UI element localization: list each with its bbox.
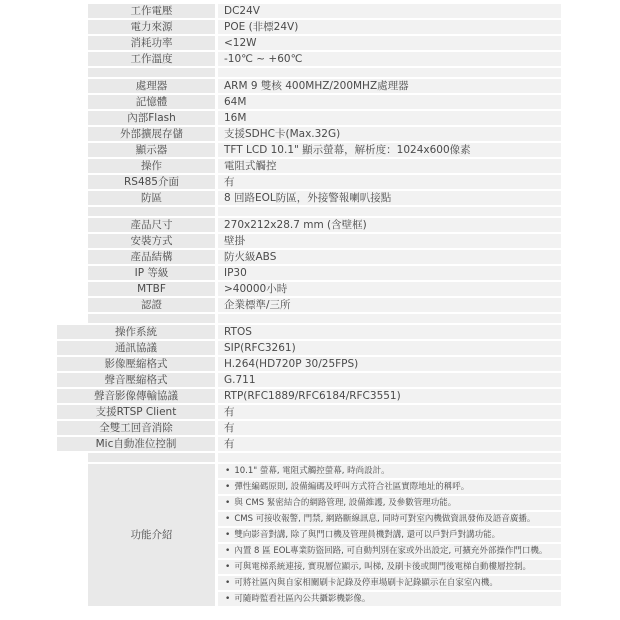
separator-value-cell <box>218 68 561 77</box>
spec-label-col: 聲音影像傳輸協議 <box>57 389 215 403</box>
spec-label-col: 處理器 <box>57 79 215 93</box>
spec-value-text: SIP(RFC3261) <box>224 342 296 355</box>
feature-item-text: 內置 8 區 EOL專業防盜回路, 可自動判別在家或外出設定, 可擴充外部操作門… <box>234 546 547 556</box>
spec-row: RS485介面有 <box>57 175 563 189</box>
spec-label-text: 操作系統 <box>115 326 157 339</box>
spec-value-text: DC24V <box>224 5 260 18</box>
bullet-icon: • <box>225 498 230 508</box>
feature-item: •可將社區內與自家相關刷卡記錄及停車場刷卡記錄顯示在自家室內機。 <box>218 576 561 590</box>
spec-label-cell: 記憶體 <box>88 95 215 109</box>
spec-value-text: 有 <box>224 422 235 435</box>
spec-value-cell: 有 <box>218 437 561 451</box>
feature-item-text: 與 CMS 緊密結合的網路管理, 設備維護, 及參數管理功能。 <box>234 498 456 508</box>
section-separator-row <box>57 453 563 462</box>
separator-value-cell <box>218 453 561 462</box>
spec-value-text: RTP(RFC1889/RFC6184/RFC3551) <box>224 390 401 403</box>
spec-value-cell: 64M <box>218 95 561 109</box>
spec-row: 記憶體64M <box>57 95 563 109</box>
spec-value-cell: -10℃ ~ +60℃ <box>218 52 561 66</box>
spec-row: 內部Flash16M <box>57 111 563 125</box>
section-separator-row <box>57 68 563 77</box>
spec-value-text: H.264(HD720P 30/25FPS) <box>224 358 358 371</box>
bullet-icon: • <box>225 562 230 572</box>
spec-value-cell: 電阻式觸控 <box>218 159 561 173</box>
spec-value-text: -10℃ ~ +60℃ <box>224 53 302 66</box>
separator-label-col <box>57 68 215 77</box>
spec-label-text: 內部Flash <box>127 112 176 125</box>
spec-label-text: 記憶體 <box>136 96 168 109</box>
separator-value-cell <box>218 207 561 216</box>
spec-row: 防區8 回路EOL防區，外接警報喇叭接點 <box>57 191 563 205</box>
spec-label-cell: 產品結構 <box>88 250 215 264</box>
features-label-text: 功能介紹 <box>131 529 173 542</box>
feature-item: •雙向影音對講, 除了與門口機及管理員機對講, 還可以戶對戶對講功能。 <box>218 528 561 542</box>
bullet-icon: • <box>225 578 230 588</box>
spec-label-cell: 支援RTSP Client <box>57 405 215 419</box>
spec-label-col: 認證 <box>57 298 215 312</box>
spec-value-text: 有 <box>224 406 235 419</box>
spec-label-cell: 安裝方式 <box>88 234 215 248</box>
spec-label-col: MTBF <box>57 282 215 296</box>
spec-label-col: 安裝方式 <box>57 234 215 248</box>
feature-item: •CMS 可接收報警, 門禁, 網路斷線訊息, 同時可對室內機做資訊發佈及語音廣… <box>218 512 561 526</box>
spec-label-col: Mic自動准位控制 <box>57 437 215 451</box>
spec-label-cell: 認證 <box>88 298 215 312</box>
spec-label-col: 外部擴展存儲 <box>57 127 215 141</box>
spec-value-cell: H.264(HD720P 30/25FPS) <box>218 357 561 371</box>
feature-item-text: 可將社區內與自家相關刷卡記錄及停車場刷卡記錄顯示在自家室內機。 <box>234 578 498 588</box>
bullet-icon: • <box>225 482 230 492</box>
spec-value-cell: 有 <box>218 405 561 419</box>
feature-item-text: CMS 可接收報警, 門禁, 網路斷線訊息, 同時可對室內機做資訊發佈及語音廣播… <box>234 514 535 524</box>
separator-label-cell <box>88 453 215 462</box>
spec-value-cell: 企業標準/三所 <box>218 298 561 312</box>
spec-value-cell: 支援SDHC卡(Max.32G) <box>218 127 561 141</box>
spec-value-cell: POE (非標24V) <box>218 20 561 34</box>
spec-value-cell: <12W <box>218 36 561 50</box>
spec-value-cell: SIP(RFC3261) <box>218 341 561 355</box>
feature-item: •可與電梯系統連接, 實現層位顯示, 叫梯, 及刷卡後或開門後電梯自動樓層控制。 <box>218 560 561 574</box>
spec-table: 工作電壓DC24V電力來源POE (非標24V)消耗功率<12W工作溫度-10℃… <box>0 0 563 606</box>
spec-value-cell: 防火級ABS <box>218 250 561 264</box>
separator-label-col <box>57 453 215 462</box>
separator-label-cell <box>88 314 215 323</box>
feature-item-text: 彈性編碼原則, 設備編碼及呼叫方式符合社區實際地址的稱呼。 <box>234 482 469 492</box>
bullet-icon: • <box>225 594 230 604</box>
spec-row: 消耗功率<12W <box>57 36 563 50</box>
section-separator-row <box>57 314 563 323</box>
spec-value-cell: DC24V <box>218 4 561 18</box>
spec-value-text: 防火級ABS <box>224 251 276 264</box>
spec-label-text: 產品結構 <box>131 251 173 264</box>
spec-value-text: G.711 <box>224 374 256 387</box>
features-label-cell: 功能介紹 <box>88 464 215 606</box>
spec-label-text: MTBF <box>137 283 166 296</box>
spec-label-cell: 操作系統 <box>57 325 215 339</box>
feature-item: •與 CMS 緊密結合的網路管理, 設備維護, 及參數管理功能。 <box>218 496 561 510</box>
spec-row: 通訊協議SIP(RFC3261) <box>57 341 563 355</box>
spec-value-text: 64M <box>224 96 246 109</box>
spec-label-text: 電力來源 <box>131 21 173 34</box>
spec-row: 操作電阻式觸控 <box>57 159 563 173</box>
spec-row: 工作溫度-10℃ ~ +60℃ <box>57 52 563 66</box>
spec-row: 聲音影像傳輸協議RTP(RFC1889/RFC6184/RFC3551) <box>57 389 563 403</box>
spec-row: 產品尺寸270x212x28.7 mm (含壁框) <box>57 218 563 232</box>
spec-label-text: 顯示器 <box>136 144 168 157</box>
spec-row: MTBF>40000小時 <box>57 282 563 296</box>
section-separator-row <box>57 207 563 216</box>
spec-label-col: 記憶體 <box>57 95 215 109</box>
separator-label-cell <box>88 68 215 77</box>
spec-label-cell: 消耗功率 <box>88 36 215 50</box>
spec-label-cell: 聲音影像傳輸協議 <box>57 389 215 403</box>
separator-label-col <box>57 207 215 216</box>
spec-row: 操作系統RTOS <box>57 325 563 339</box>
feature-item-text: 可隨時監看社區內公共攝影機影像。 <box>234 594 370 604</box>
spec-label-cell: 內部Flash <box>88 111 215 125</box>
spec-label-text: 支援RTSP Client <box>96 406 177 419</box>
spec-row: 認證企業標準/三所 <box>57 298 563 312</box>
spec-label-text: RS485介面 <box>124 176 179 189</box>
spec-label-cell: 外部擴展存儲 <box>88 127 215 141</box>
spec-row: 外部擴展存儲支援SDHC卡(Max.32G) <box>57 127 563 141</box>
spec-value-cell: G.711 <box>218 373 561 387</box>
features-label-col: 功能介紹 <box>57 464 215 606</box>
spec-label-cell: RS485介面 <box>88 175 215 189</box>
spec-label-col: 影像壓縮格式 <box>57 357 215 371</box>
spec-label-col: 全雙工回音消除 <box>57 421 215 435</box>
spec-value-cell: RTOS <box>218 325 561 339</box>
spec-value-text: >40000小時 <box>224 283 287 296</box>
spec-label-col: IP 等級 <box>57 266 215 280</box>
feature-item-text: 10.1" 螢幕, 電阻式觸控螢幕, 時尚設計。 <box>234 466 389 476</box>
feature-item-text: 可與電梯系統連接, 實現層位顯示, 叫梯, 及刷卡後或開門後電梯自動樓層控制。 <box>234 562 531 572</box>
spec-value-text: IP30 <box>224 267 247 280</box>
spec-label-col: 操作系統 <box>57 325 215 339</box>
feature-item: •彈性編碼原則, 設備編碼及呼叫方式符合社區實際地址的稱呼。 <box>218 480 561 494</box>
spec-row: 影像壓縮格式H.264(HD720P 30/25FPS) <box>57 357 563 371</box>
spec-label-cell: 處理器 <box>88 79 215 93</box>
spec-label-text: Mic自動准位控制 <box>96 438 177 451</box>
spec-row: 支援RTSP Client有 <box>57 405 563 419</box>
spec-value-text: 16M <box>224 112 246 125</box>
spec-label-cell: 產品尺寸 <box>88 218 215 232</box>
spec-label-text: 消耗功率 <box>131 37 173 50</box>
spec-label-col: 消耗功率 <box>57 36 215 50</box>
spec-value-text: 壁掛 <box>224 235 245 248</box>
spec-value-text: <12W <box>224 37 257 50</box>
spec-row: 工作電壓DC24V <box>57 4 563 18</box>
spec-label-col: 聲音壓縮格式 <box>57 373 215 387</box>
spec-row: 處理器ARM 9 雙核 400MHZ/200MHZ處理器 <box>57 79 563 93</box>
bullet-icon: • <box>225 514 230 524</box>
spec-label-col: 產品結構 <box>57 250 215 264</box>
spec-label-cell: 防區 <box>88 191 215 205</box>
spec-value-cell: 8 回路EOL防區，外接警報喇叭接點 <box>218 191 561 205</box>
spec-row: Mic自動准位控制有 <box>57 437 563 451</box>
features-row: 功能介紹•10.1" 螢幕, 電阻式觸控螢幕, 時尚設計。•彈性編碼原則, 設備… <box>57 464 563 606</box>
spec-label-col: RS485介面 <box>57 175 215 189</box>
feature-item: •可隨時監看社區內公共攝影機影像。 <box>218 592 561 606</box>
spec-label-col: 工作電壓 <box>57 4 215 18</box>
features-list: •10.1" 螢幕, 電阻式觸控螢幕, 時尚設計。•彈性編碼原則, 設備編碼及呼… <box>218 464 561 606</box>
spec-label-text: IP 等級 <box>135 267 169 280</box>
spec-value-text: TFT LCD 10.1" 顯示螢幕，解析度：1024x600像素 <box>224 144 471 157</box>
feature-item: •10.1" 螢幕, 電阻式觸控螢幕, 時尚設計。 <box>218 464 561 478</box>
spec-value-cell: TFT LCD 10.1" 顯示螢幕，解析度：1024x600像素 <box>218 143 561 157</box>
bullet-icon: • <box>225 466 230 476</box>
spec-label-text: 操作 <box>141 160 162 173</box>
spec-value-text: POE (非標24V) <box>224 21 298 34</box>
spec-label-col: 操作 <box>57 159 215 173</box>
spec-label-text: 聲音壓縮格式 <box>105 374 168 387</box>
spec-label-cell: Mic自動准位控制 <box>57 437 215 451</box>
spec-label-cell: 顯示器 <box>88 143 215 157</box>
spec-row: 全雙工回音消除有 <box>57 421 563 435</box>
spec-row: 電力來源POE (非標24V) <box>57 20 563 34</box>
spec-label-cell: 工作溫度 <box>88 52 215 66</box>
separator-value-cell <box>218 314 561 323</box>
spec-label-col: 支援RTSP Client <box>57 405 215 419</box>
spec-label-text: 工作電壓 <box>131 5 173 18</box>
spec-value-text: 有 <box>224 176 235 189</box>
bullet-icon: • <box>225 530 230 540</box>
spec-value-text: 270x212x28.7 mm (含壁框) <box>224 219 367 232</box>
spec-label-col: 內部Flash <box>57 111 215 125</box>
spec-label-cell: 操作 <box>88 159 215 173</box>
spec-label-cell: 電力來源 <box>88 20 215 34</box>
spec-row: 顯示器TFT LCD 10.1" 顯示螢幕，解析度：1024x600像素 <box>57 143 563 157</box>
spec-value-text: 有 <box>224 438 235 451</box>
spec-value-text: 支援SDHC卡(Max.32G) <box>224 128 340 141</box>
spec-value-cell: RTP(RFC1889/RFC6184/RFC3551) <box>218 389 561 403</box>
spec-row: IP 等級IP30 <box>57 266 563 280</box>
feature-item: •內置 8 區 EOL專業防盜回路, 可自動判別在家或外出設定, 可擴充外部操作… <box>218 544 561 558</box>
spec-label-col: 電力來源 <box>57 20 215 34</box>
spec-value-cell: 有 <box>218 421 561 435</box>
spec-value-cell: 270x212x28.7 mm (含壁框) <box>218 218 561 232</box>
spec-label-text: 影像壓縮格式 <box>105 358 168 371</box>
spec-label-cell: 聲音壓縮格式 <box>57 373 215 387</box>
spec-label-col: 通訊協議 <box>57 341 215 355</box>
spec-value-cell: >40000小時 <box>218 282 561 296</box>
spec-value-cell: 16M <box>218 111 561 125</box>
spec-label-text: 全雙工回音消除 <box>99 422 173 435</box>
spec-label-cell: 全雙工回音消除 <box>57 421 215 435</box>
spec-label-text: 產品尺寸 <box>131 219 173 232</box>
spec-label-col: 防區 <box>57 191 215 205</box>
spec-label-text: 外部擴展存儲 <box>120 128 183 141</box>
spec-label-text: 通訊協議 <box>115 342 157 355</box>
spec-label-text: 防區 <box>141 192 162 205</box>
spec-label-cell: 影像壓縮格式 <box>57 357 215 371</box>
spec-value-cell: ARM 9 雙核 400MHZ/200MHZ處理器 <box>218 79 561 93</box>
feature-item-text: 雙向影音對講, 除了與門口機及管理員機對講, 還可以戶對戶對講功能。 <box>234 530 500 540</box>
spec-value-text: ARM 9 雙核 400MHZ/200MHZ處理器 <box>224 80 409 93</box>
bullet-icon: • <box>225 546 230 556</box>
spec-label-cell: 通訊協議 <box>57 341 215 355</box>
spec-label-col: 產品尺寸 <box>57 218 215 232</box>
spec-label-col: 顯示器 <box>57 143 215 157</box>
spec-label-text: 安裝方式 <box>131 235 173 248</box>
spec-row: 聲音壓縮格式G.711 <box>57 373 563 387</box>
spec-label-cell: MTBF <box>88 282 215 296</box>
spec-label-text: 處理器 <box>136 80 168 93</box>
spec-row: 產品結構防火級ABS <box>57 250 563 264</box>
spec-value-text: 8 回路EOL防區，外接警報喇叭接點 <box>224 192 391 205</box>
spec-row: 安裝方式壁掛 <box>57 234 563 248</box>
spec-label-col: 工作溫度 <box>57 52 215 66</box>
spec-value-cell: 有 <box>218 175 561 189</box>
spec-value-cell: 壁掛 <box>218 234 561 248</box>
spec-label-cell: IP 等級 <box>88 266 215 280</box>
spec-value-text: 電阻式觸控 <box>224 160 277 173</box>
spec-value-cell: IP30 <box>218 266 561 280</box>
spec-label-text: 工作溫度 <box>131 53 173 66</box>
spec-label-text: 認證 <box>141 299 162 312</box>
spec-label-cell: 工作電壓 <box>88 4 215 18</box>
separator-label-col <box>57 314 215 323</box>
spec-value-text: RTOS <box>224 326 252 339</box>
separator-label-cell <box>88 207 215 216</box>
spec-value-text: 企業標準/三所 <box>224 299 291 312</box>
spec-label-text: 聲音影像傳輸協議 <box>94 390 178 403</box>
